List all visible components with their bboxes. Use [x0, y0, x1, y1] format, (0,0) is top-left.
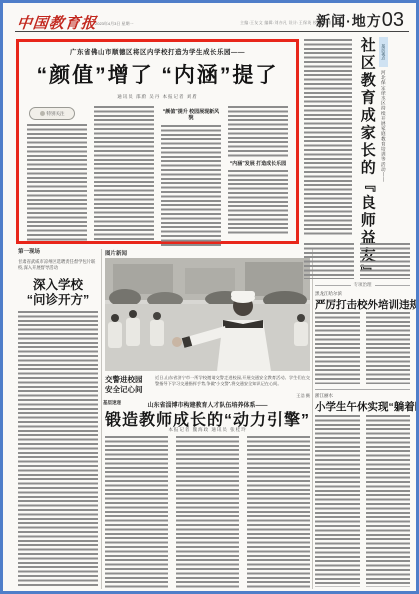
training-body-columns	[315, 312, 410, 384]
sidebar-section-label: 第一现场	[18, 247, 40, 255]
body-text-block	[247, 436, 310, 588]
lead-column-1: 特别关注	[27, 106, 87, 247]
lead-kicker: 广东省佛山市顺德区将区内学校打造为学生成长乐园——	[27, 47, 288, 56]
body-text-block	[366, 312, 411, 384]
community-education-article: 社区教育成家长的『良师益友』 基层视点 河北保定徐水区持续开展家庭教育培训等活动…	[304, 37, 410, 281]
community-kicker-strip: 基层视点 河北保定徐水区持续开展家庭教育培训等活动——	[379, 37, 388, 237]
teacher-body-columns	[105, 436, 310, 588]
column-divider	[312, 249, 313, 589]
body-text-block	[360, 243, 410, 279]
sidebar-body-text	[18, 311, 98, 587]
lead-body-columns: 特别关注 “颜值”提升 校园展现新风貌 “内涵”发展 打造成长乐园	[27, 106, 288, 247]
section-title: 新闻·地方03	[316, 9, 404, 32]
body-text-block	[304, 39, 352, 235]
sidebar-headline: 深入学校 “问诊开方”	[16, 278, 100, 308]
body-text-block	[27, 124, 87, 243]
divider-line	[315, 285, 351, 286]
community-headline-vertical: 社区教育成家长的『良师益友』	[359, 37, 375, 275]
special-focus-label: 特别关注	[47, 111, 65, 117]
naptime-body-columns	[315, 415, 410, 587]
lead-byline: 通讯员 邵蔚 吴丹 本报记者 刘盾	[27, 94, 288, 100]
photo-caption-title: 交警进校园 安全记心间	[105, 375, 151, 395]
caption-title-line1: 交警进校园	[105, 375, 151, 385]
article-rule	[315, 389, 410, 390]
lead-column-2	[94, 106, 154, 247]
newspaper-masthead: 中国教育报	[16, 12, 98, 33]
photo-illustration	[105, 258, 310, 371]
training-article-headline: 严厉打击校外培训违规行为	[315, 297, 410, 312]
sidebar-headline-line1: 深入学校	[16, 278, 100, 293]
body-text-block	[228, 106, 288, 158]
body-text-block	[94, 106, 154, 241]
column-divider	[101, 249, 102, 589]
news-photo	[105, 258, 310, 371]
date-info: 2023年4月3日 星期一	[95, 21, 133, 27]
body-text-block	[105, 436, 168, 588]
lead-column-3: “颜值”提升 校园展现新风貌	[161, 106, 221, 247]
section-divider: 专项治理	[315, 282, 410, 288]
lead-article-box: 广东省佛山市顺德区将区内学校打造为学生成长乐园—— “颜值”增了 “内涵”提了 …	[16, 39, 299, 244]
naptime-article-headline: 小学生午休实现“躺着睡”	[315, 399, 410, 414]
column-badge: 基层视点	[379, 37, 388, 67]
lead-subhead-2: “内涵”发展 打造成长乐园	[228, 161, 288, 167]
sidebar-headline-line2: “问诊开方”	[16, 293, 100, 308]
divider-label: 专项治理	[354, 282, 372, 288]
page-number: 03	[382, 9, 404, 31]
photographer-credit: 王浩 摄	[155, 393, 310, 399]
header-rule	[15, 31, 409, 32]
teacher-byline: 本报记者 魏海政 通讯员 张桂玲	[105, 427, 310, 433]
body-text-block	[161, 125, 221, 247]
lead-column-4: “内涵”发展 打造成长乐园	[228, 106, 288, 247]
newspaper-page: 中国教育报 2023年4月3日 星期一 主编:王友文 编辑:刘亦凡 设计:王保英…	[0, 0, 419, 594]
sidebar-kicker: 甘肃省武威市凉州区选聘责任督学包片联校,深入开展督导活动	[18, 259, 98, 271]
body-text-block	[315, 312, 360, 384]
section-name: 新闻·地方	[316, 13, 382, 29]
body-text-block	[315, 415, 360, 587]
photo-section-label: 图片新闻	[105, 249, 127, 257]
photo-caption-text: 近日,山东省济宁市一所学校邀请交警走进校园,开展交通安全教育活动。学生们在交警指…	[155, 375, 310, 388]
leaf-logo-icon	[40, 111, 45, 116]
body-text-block	[304, 243, 354, 279]
community-kicker-vertical: 河北保定徐水区持续开展家庭教育培训等活动——	[380, 70, 386, 230]
body-text-block	[366, 415, 411, 587]
community-article-top: 社区教育成家长的『良师益友』 基层视点 河北保定徐水区持续开展家庭教育培训等活动…	[304, 37, 410, 237]
caption-title-line2: 安全记心间	[105, 385, 151, 395]
special-focus-badge: 特别关注	[29, 107, 75, 120]
lead-headline: “颜值”增了 “内涵”提了	[27, 59, 288, 89]
divider-line	[375, 285, 411, 286]
body-text-block	[228, 170, 288, 234]
community-article-bottom	[304, 243, 410, 279]
lead-subhead-1: “颜值”提升 校园展现新风貌	[161, 109, 221, 122]
body-text-block	[176, 436, 239, 588]
